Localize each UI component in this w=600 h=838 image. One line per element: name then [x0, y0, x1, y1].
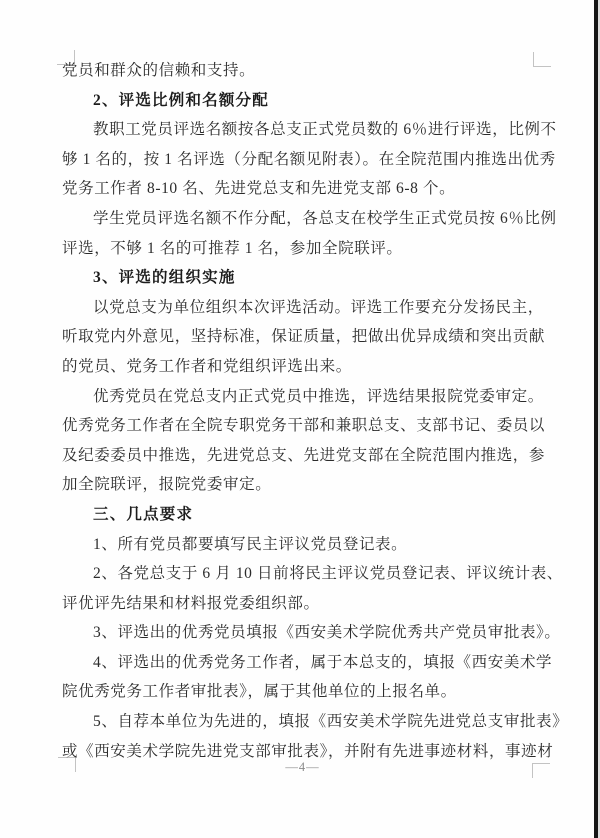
body-line: 1、所有党员都要填写民主评议党员登记表。 — [62, 530, 543, 560]
body-line: 评优评先结果和材料报党委组织部。 — [62, 589, 543, 619]
body-line: 优秀党员在党总支内正式党员中推选，评选结果报院党委审定。 — [62, 382, 543, 412]
body-line: 党员和群众的信赖和支持。 — [62, 56, 543, 86]
heading-line: 2、评选比例和名额分配 — [62, 86, 543, 116]
body-line: 2、各党总支于 6 月 10 日前将民主评议党员登记表、评议统计表、 — [62, 559, 543, 589]
body-line: 评选，不够 1 名的可推荐 1 名，参加全院联评。 — [62, 234, 543, 264]
body-line: 加全院联评，报院党委审定。 — [62, 470, 543, 500]
document-body: 党员和群众的信赖和支持。2、评选比例和名额分配教职工党员评选名额按各总支正式党员… — [62, 56, 543, 766]
body-line: 4、评选出的优秀党务工作者，属于本总支的，填报《西安美术学 — [62, 648, 543, 678]
body-line: 够 1 名的，按 1 名评选（分配名额见附表）。在全院范围内推选出优秀 — [62, 145, 543, 175]
body-line: 教职工党员评选名额按各总支正式党员数的 6％进行评选，比例不 — [62, 115, 543, 145]
body-line: 及纪委委员中推选，先进党总支、先进党支部在全院范围内推选，参 — [62, 441, 543, 471]
heading-line: 三、几点要求 — [62, 500, 543, 530]
page-number: —4— — [62, 760, 543, 775]
scan-page: 党员和群众的信赖和支持。2、评选比例和名额分配教职工党员评选名额按各总支正式党员… — [0, 0, 600, 838]
body-line: 5、自荐本单位为先进的，填报《西安美术学院先进党总支审批表》 — [62, 707, 543, 737]
body-line: 以党总支为单位组织本次评选活动。评选工作要充分发扬民主， — [62, 293, 543, 323]
body-line: 优秀党务工作者在全院专职党务干部和兼职总支、支部书记、委员以 — [62, 411, 543, 441]
heading-line: 3、评选的组织实施 — [62, 263, 543, 293]
body-line: 学生党员评选名额不作分配，各总支在校学生正式党员按 6％比例 — [62, 204, 543, 234]
body-line: 听取党内外意见，坚持标准，保证质量，把做出优异成绩和突出贡献 — [62, 322, 543, 352]
body-line: 党务工作者 8-10 名、先进党总支和先进党支部 6-8 个。 — [62, 174, 543, 204]
body-line: 3、评选出的优秀党员填报《西安美术学院优秀共产党员审批表》。 — [62, 618, 543, 648]
body-line: 的党员、党务工作者和党组织评选出来。 — [62, 352, 543, 382]
body-line: 院优秀党务工作者审批表》，属于其他单位的上报名单。 — [62, 677, 543, 707]
